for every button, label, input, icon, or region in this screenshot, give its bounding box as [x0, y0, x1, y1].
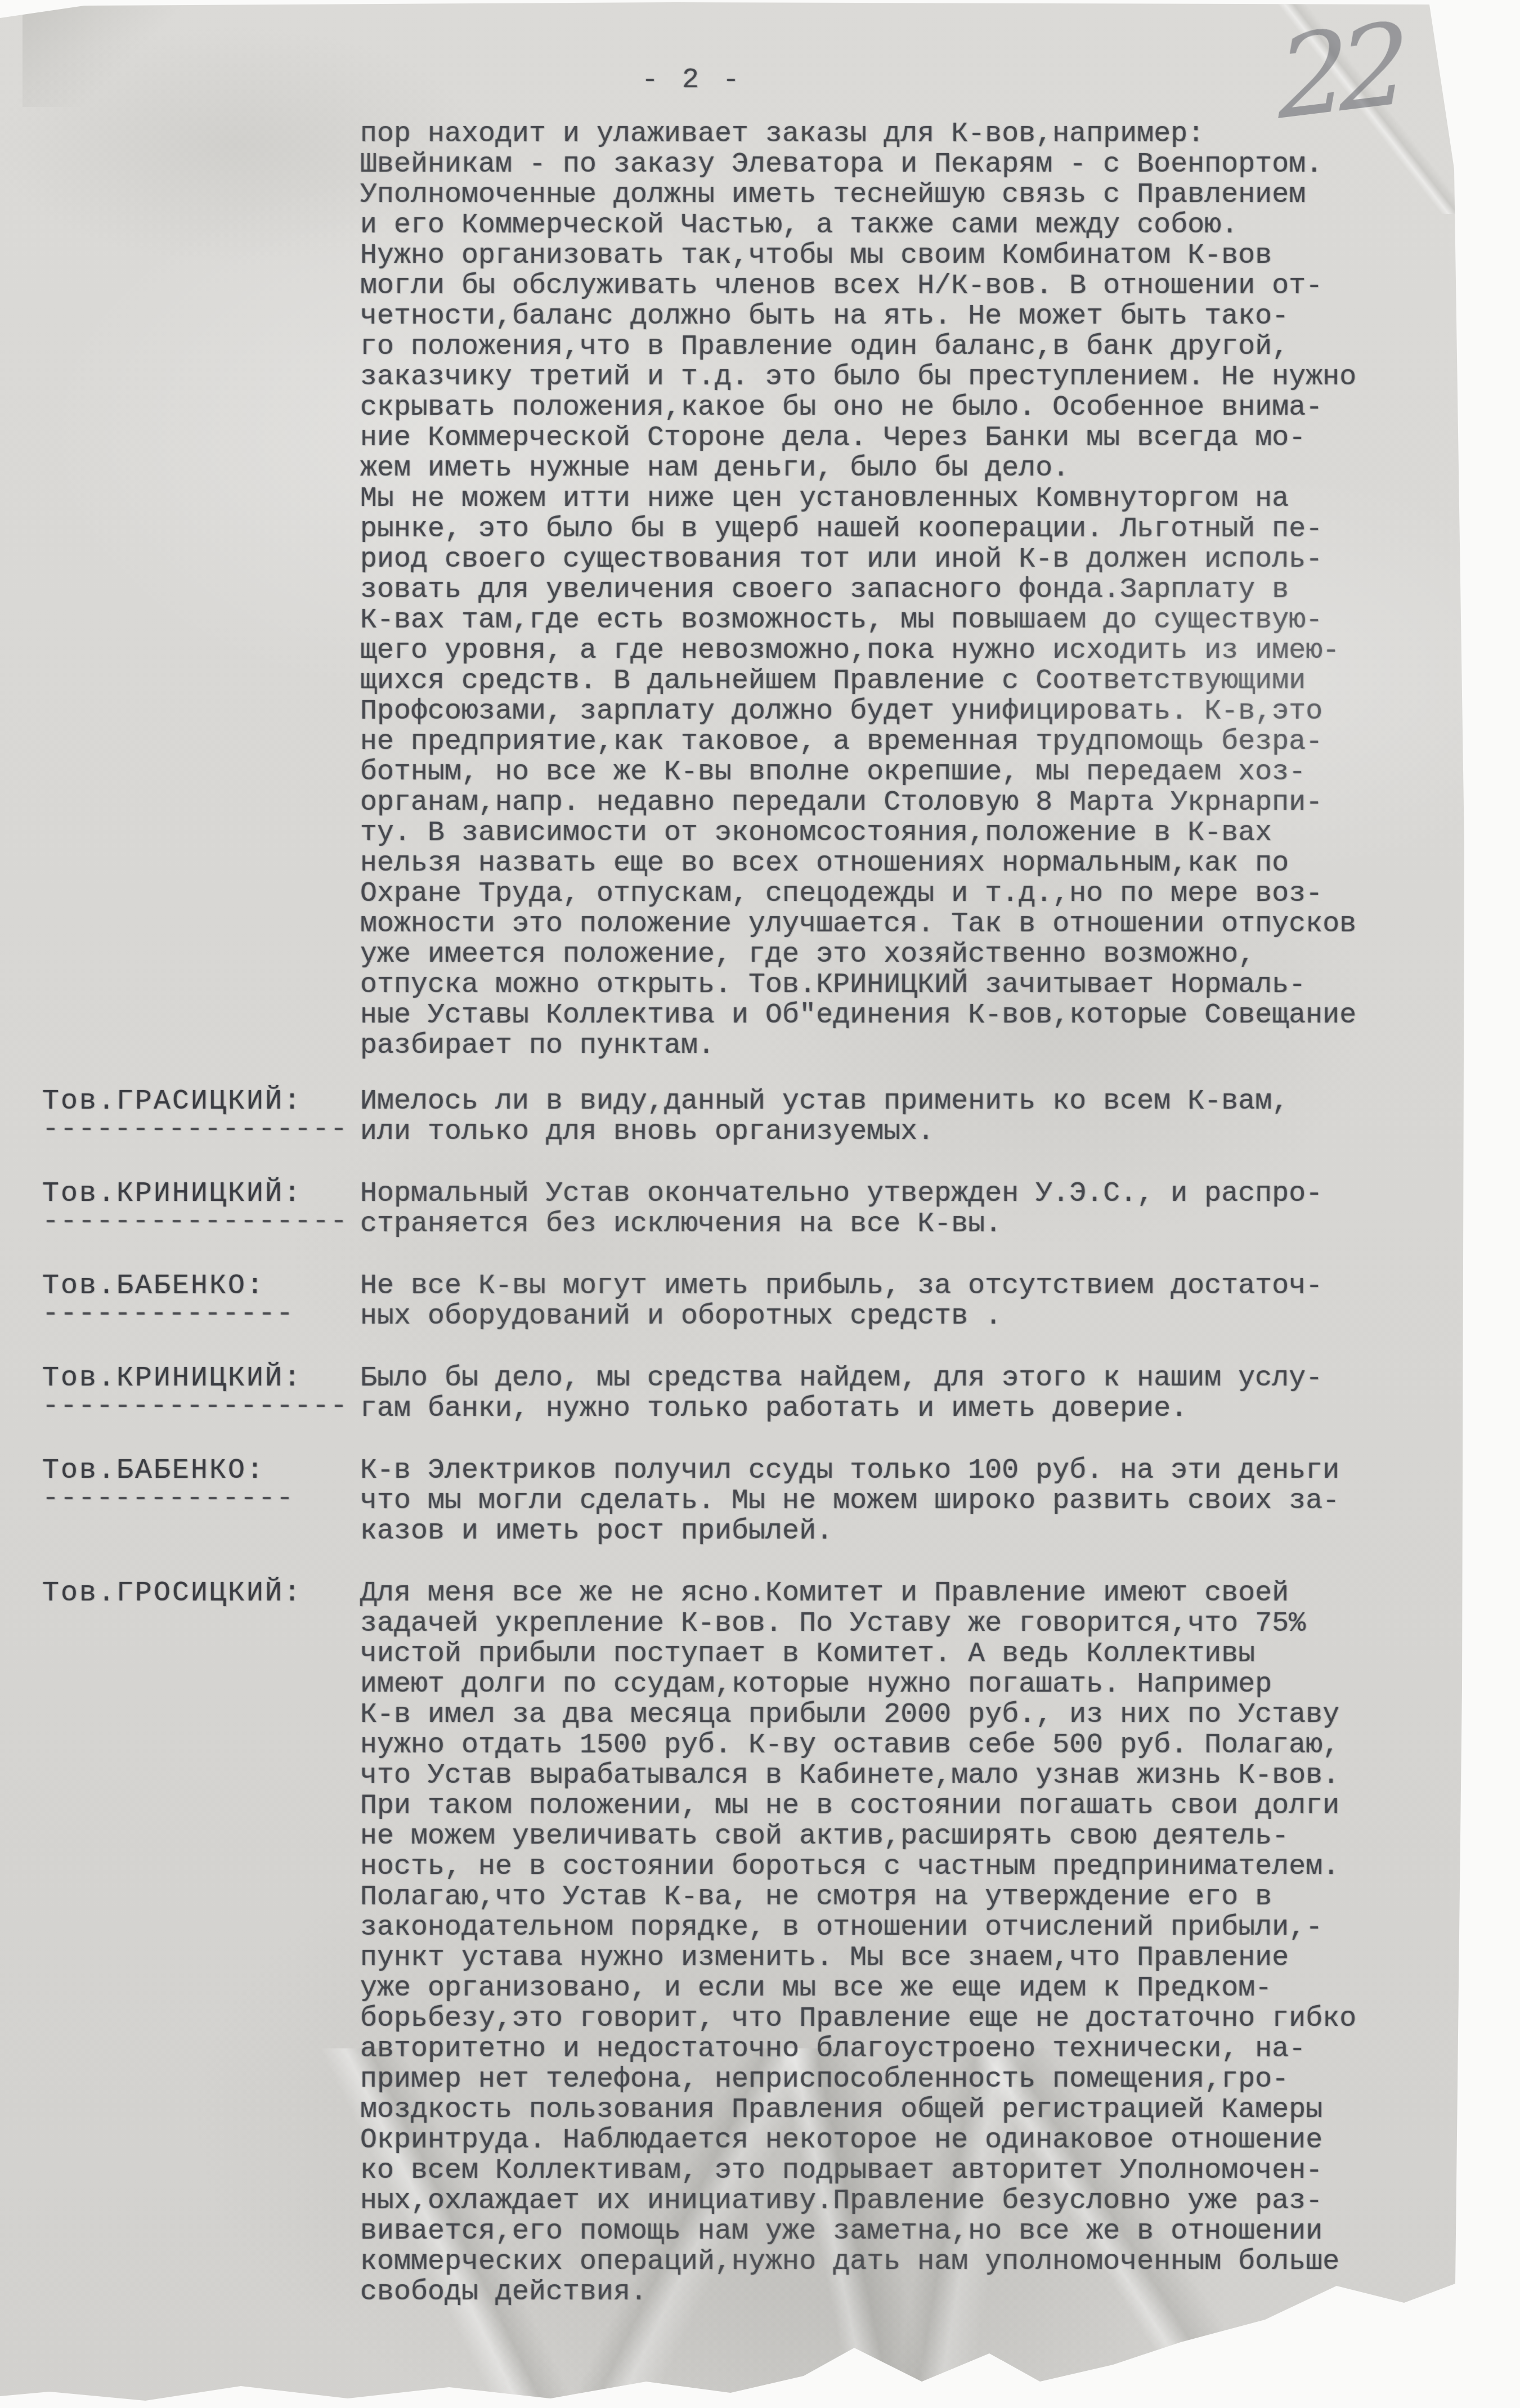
speaker-label: Тов.ГРОСИЦКИЙ: [42, 1579, 357, 1615]
page-number-header: - 2 - [642, 65, 743, 96]
scanned-page: - 2 - 22 пор находит и улаживает заказы … [0, 0, 1520, 2408]
speech-text: Не все К-вы могут иметь прибыль, за отсу… [360, 1271, 1463, 1332]
paper-fold-top-left [23, 0, 293, 107]
dialogue-entry: Тов.ГРОСИЦКИЙ: Для меня все же не ясно.К… [360, 1579, 1463, 2308]
speaker-underline-dashes: ----------------- [42, 1400, 357, 1413]
dialogue-entry: Тов.БАБЕНКО: -------------- Не все К-вы … [360, 1271, 1463, 1332]
narrative-paragraph: пор находит и улаживает заказы для К-вов… [360, 119, 1463, 1061]
dialogue-entry: Тов.КРИНИЦКИЙ: ----------------- Было бы… [360, 1364, 1463, 1424]
speaker-name: Тов.ГРОСИЦКИЙ: [42, 1579, 357, 1609]
dialogue-entry: Тов.КРИНИЦКИЙ: ----------------- Нормаль… [360, 1179, 1463, 1240]
speaker-label: Тов.ГРАСИЦКИЙ: ----------------- [42, 1087, 357, 1136]
speaker-underline-dashes: -------------- [42, 1492, 357, 1505]
speaker-underline-dashes: ----------------- [42, 1215, 357, 1228]
speaker-underline-dashes: -------------- [42, 1307, 357, 1321]
speaker-label: Тов.КРИНИЦКИЙ: ----------------- [42, 1364, 357, 1413]
speech-text: Имелось ли в виду,данный устав применить… [360, 1087, 1463, 1147]
speech-text: Нормальный Устав окончательно утвержден … [360, 1179, 1463, 1240]
dialogue-entry: Тов.БАБЕНКО: -------------- К-в Электрик… [360, 1456, 1463, 1547]
speaker-underline-dashes: ----------------- [42, 1123, 357, 1136]
speaker-label: Тов.БАБЕНКО: -------------- [42, 1456, 357, 1505]
typed-content: пор находит и улаживает заказы для К-вов… [360, 119, 1463, 2308]
speaker-name: Тов.КРИНИЦКИЙ: [42, 1179, 357, 1209]
speaker-name: Тов.ГРАСИЦКИЙ: [42, 1087, 357, 1117]
speaker-name: Тов.КРИНИЦКИЙ: [42, 1364, 357, 1394]
speech-text: Для меня все же не ясно.Комитет и Правле… [360, 1579, 1463, 2308]
speaker-name: Тов.БАБЕНКО: [42, 1456, 357, 1486]
speaker-label: Тов.БАБЕНКО: -------------- [42, 1271, 357, 1321]
speech-text: Было бы дело, мы средства найдем, для эт… [360, 1364, 1463, 1424]
speech-text: К-в Электриков получил ссуды только 100 … [360, 1456, 1463, 1547]
speaker-name: Тов.БАБЕНКО: [42, 1271, 357, 1302]
speaker-label: Тов.КРИНИЦКИЙ: ----------------- [42, 1179, 357, 1228]
dialogue-entry: Тов.ГРАСИЦКИЙ: ----------------- Имелось… [360, 1087, 1463, 1147]
document-paper: - 2 - 22 пор находит и улаживает заказы … [0, 0, 1476, 2408]
handwritten-page-number: 22 [1277, 8, 1401, 136]
